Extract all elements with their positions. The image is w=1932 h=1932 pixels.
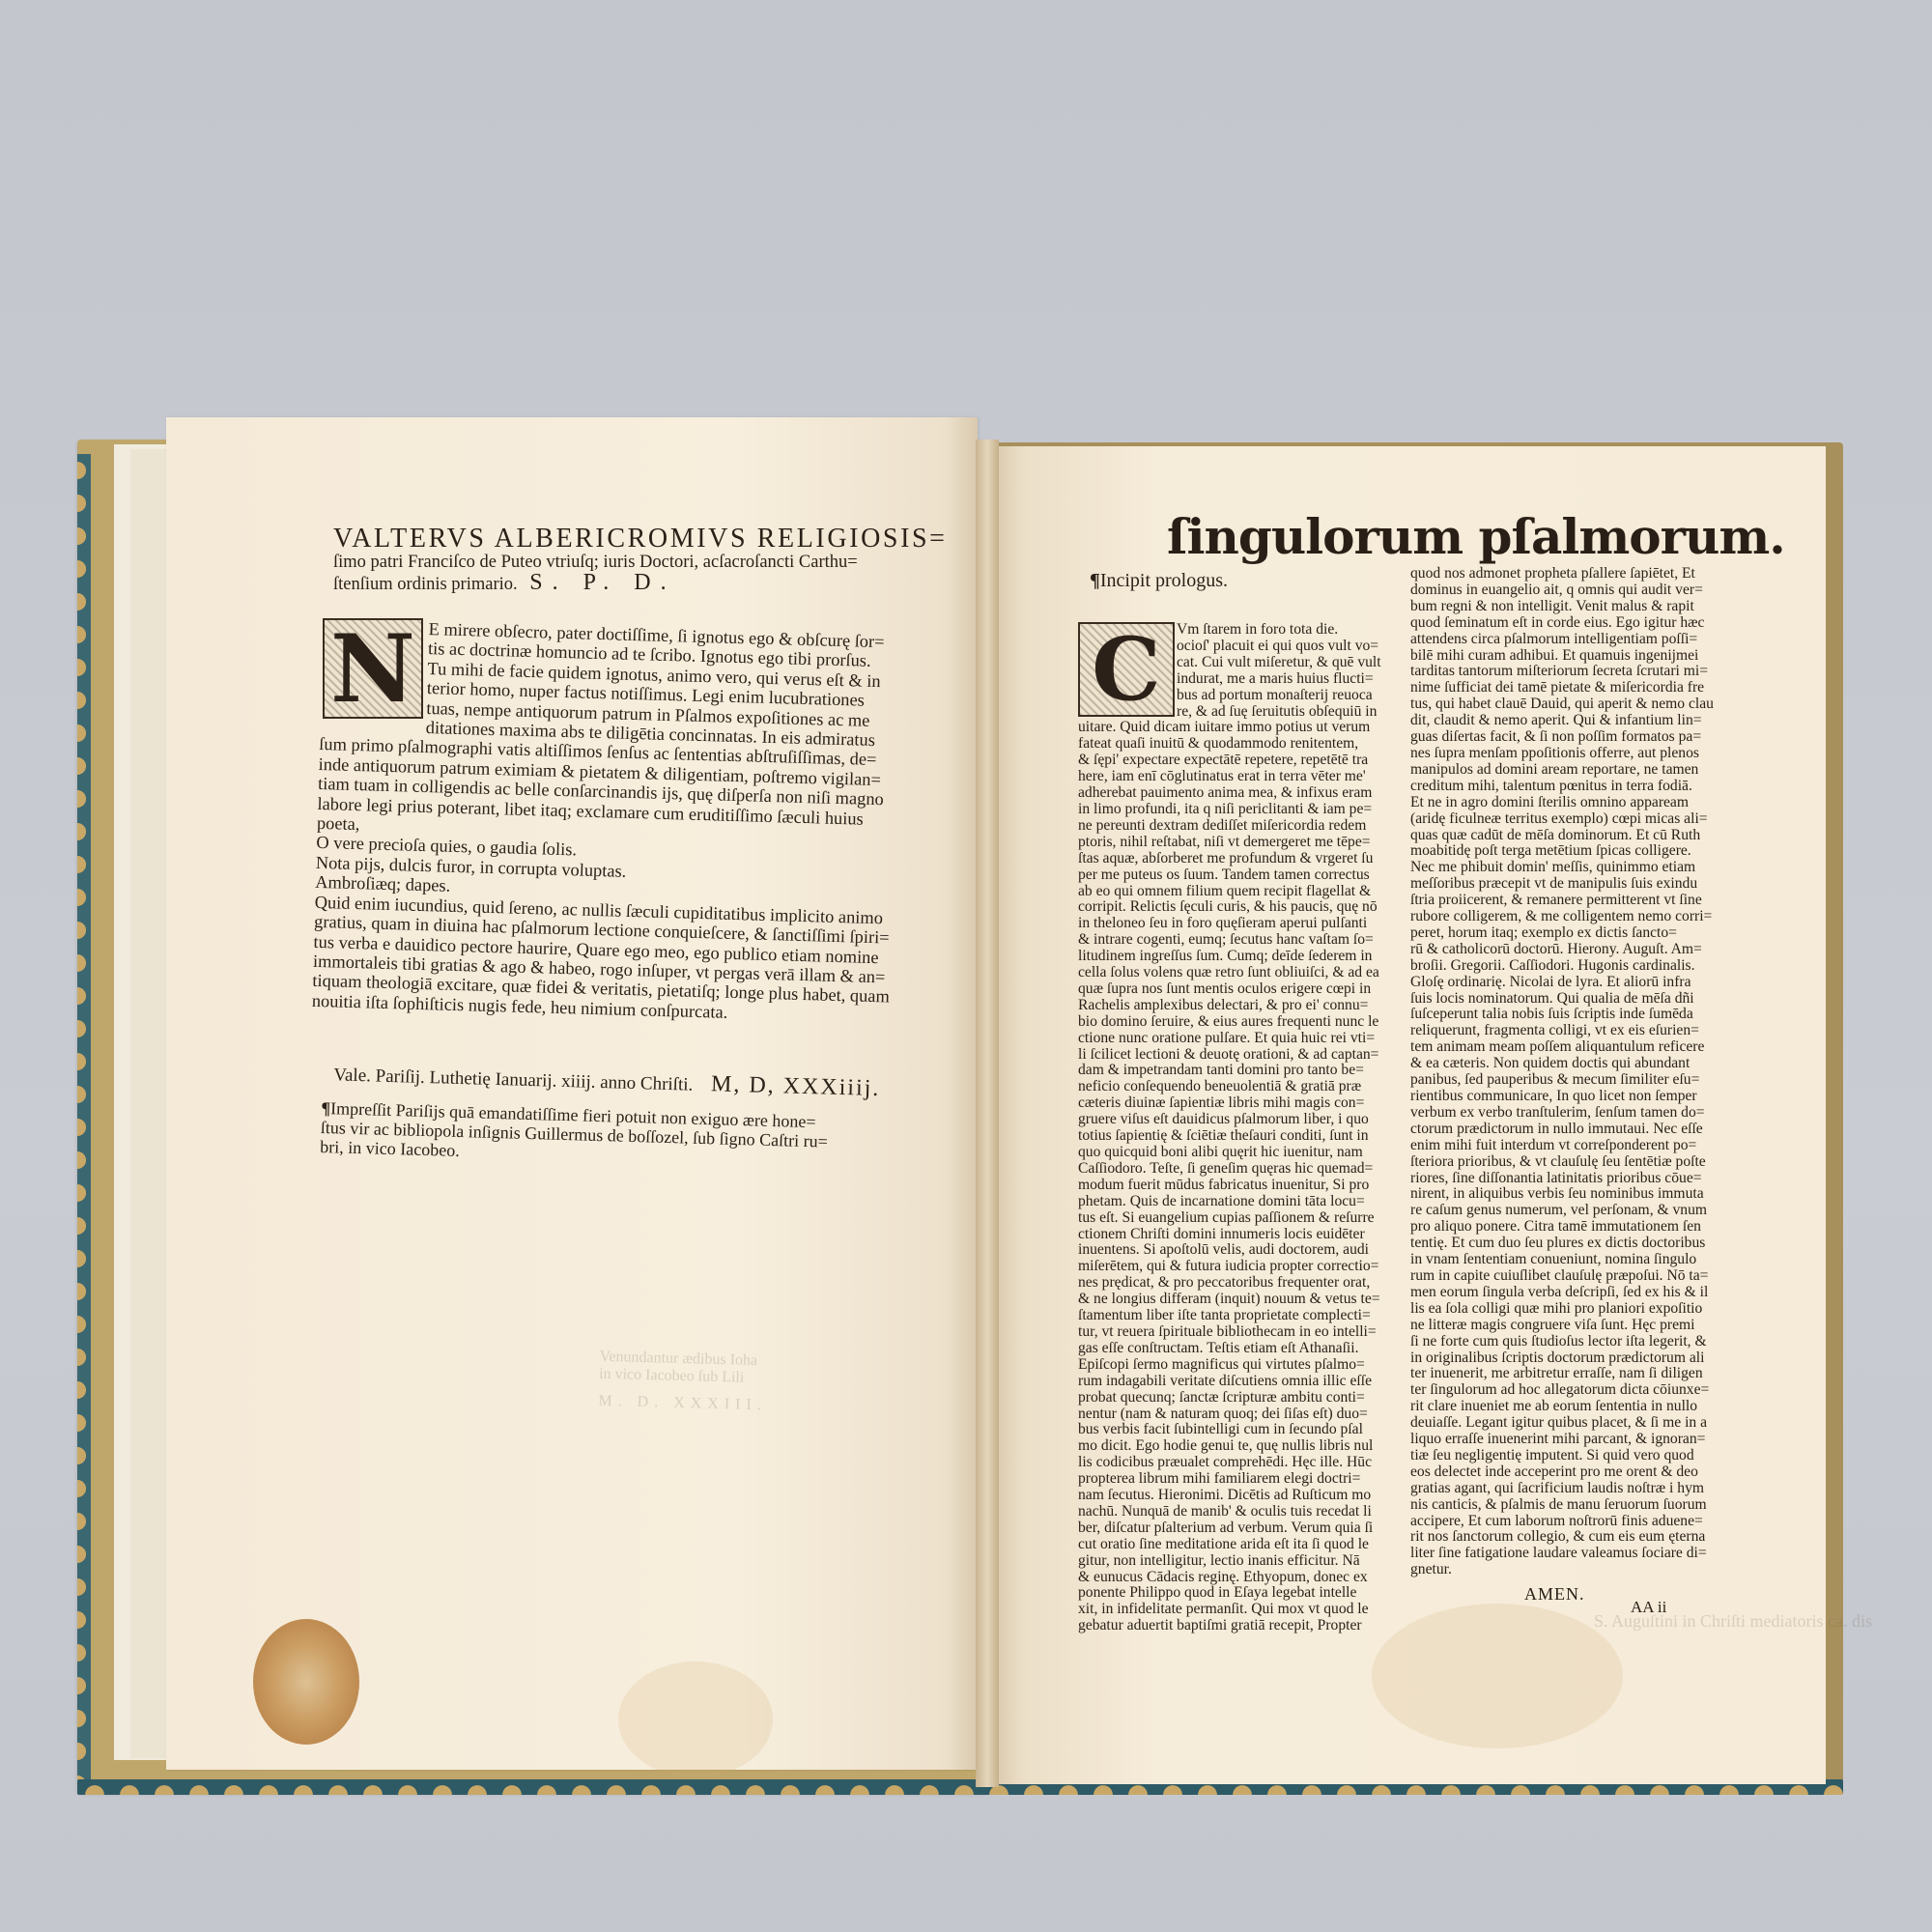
text-line: creditum mihi, talentum pœnitus in terra… (1410, 779, 1718, 795)
text-line: litudinem ingreſſus ſum. Cumq; deīde ſed… (1078, 949, 1385, 965)
text-line: & intrare cogenti, eumq; ſecutus hanc va… (1078, 932, 1385, 949)
text-line: tarditas tantorum miſteriorum ſecreta ſc… (1410, 664, 1718, 680)
text-line: ctionem Chriſti domini innumeris locis e… (1078, 1227, 1385, 1243)
text-line: gebatur aduertit baptiſmi gratiā recepit… (1078, 1618, 1385, 1634)
text-line: deuiaſſe. Legant igitur quibus placet, &… (1410, 1415, 1718, 1432)
decorated-paper-edge-left (77, 454, 91, 1787)
text-line: phetam. Quis de incarnatione domini tāta… (1078, 1194, 1385, 1210)
text-line: xit, in infidelitate permanſit. Qui mox … (1078, 1602, 1385, 1618)
text-line: rit nos ſanctorum collegio, & cum eis eu… (1410, 1529, 1718, 1546)
text-line: ſtamentum liber iſte tanta proprietate c… (1078, 1308, 1385, 1324)
text-line: manipulos ad domini aream reportare, ne … (1410, 762, 1718, 779)
text-line: panibus, ſed pauperibus & mecum ſimilite… (1410, 1072, 1718, 1089)
text-line: in originalibus ſcriptis doctorum prædic… (1410, 1350, 1718, 1367)
text-line: gnetur. (1410, 1562, 1718, 1578)
prologue-column-left: Vm ſtarem in foro tota die.ocioſ' placui… (1078, 622, 1385, 1634)
text-line: Rachelis amplexibus delectari, & pro ei'… (1078, 998, 1385, 1014)
heading-caps-line: VALTERVS ALBERICROMIVS RELIGIOSIS= (333, 526, 913, 553)
text-line: accipere, Et cum laborum noſtrorū finis … (1410, 1514, 1718, 1530)
text-line: adherebat pauimento anima mea, & infixus… (1078, 785, 1385, 802)
text-line: rientibus communicare, In quo licet non … (1410, 1089, 1718, 1105)
text-line: bus ad portum monaſterij reuoca (1177, 688, 1385, 704)
colophon: Vale. Pariſij. Luthetię Ianuarij. xiiij.… (320, 1055, 914, 1173)
text-line: nam ſecutus. Hieronimi. Dicētis ad Ruſti… (1078, 1488, 1385, 1504)
text-line: peret, horum itaq; exemplo ex dictis ſan… (1410, 925, 1718, 942)
text-line: fateat quaſi inuitū & quodammodo reniten… (1078, 736, 1385, 753)
text-line: ab eo qui omnem filium quem recipit flag… (1078, 884, 1385, 900)
pilcrow-icon: ¶ (1090, 570, 1100, 591)
text-line: ne litteræ magis congruere viſa ſunt. Hę… (1410, 1318, 1718, 1334)
text-line: cat. Cui vult miſeretur, & quē vult (1177, 655, 1385, 671)
text-line: corripit. Relictis ſęculi curis, & his p… (1078, 899, 1385, 916)
text-line: inuentens. Si apoſtolū velis, audi docto… (1078, 1242, 1385, 1259)
text-line: rum in capite cuiuſlibet clauſulę præpoſ… (1410, 1268, 1718, 1285)
text-line: miſerētem, qui & futura iudicia propter … (1078, 1259, 1385, 1275)
text-line: tus, qui habet clauē Dauid, qui aperit &… (1410, 696, 1718, 713)
text-line: dam & impetrandam tanti domini pro tanto… (1078, 1063, 1385, 1079)
text-line: tus eſt. Si euangelium cupias paſſionem … (1078, 1210, 1385, 1227)
foxing-stain (618, 1662, 773, 1777)
text-line: mo dicit. Ego hodie genui te, quę nullis… (1078, 1438, 1385, 1455)
text-line: quod ſeminatum eſt in corde eius. Ego ig… (1410, 615, 1718, 632)
text-line: ſteriora prioribus, & vt clauſulę ſeu ſe… (1410, 1154, 1718, 1171)
text-line: liquo erraſſe inuenerint mihi parcant, &… (1410, 1432, 1718, 1448)
signature-mark: AA ii (1631, 1598, 1666, 1617)
text-line: bilē mihi curam adhibui. Et quamuis inge… (1410, 648, 1718, 665)
text-line: in limo profundi, ita q niſi periclitant… (1078, 802, 1385, 818)
closing-amen: AMEN. (1524, 1584, 1585, 1605)
text-line: per me puteus os ſuum. Tandem tamen corr… (1078, 867, 1385, 884)
text-line: rubore colligerem, & me colligentem nemo… (1410, 909, 1718, 925)
text-line: gratias agant, qui ſacrificium laudis no… (1410, 1481, 1718, 1497)
text-line: modum fuerit mūdus fabricatus inuenitur,… (1078, 1178, 1385, 1194)
text-line: ſi ne forte cum quis ſtudioſus lector iſ… (1410, 1334, 1718, 1350)
dedication-body: E mirere obſecro, pater doctiſſime, ſi i… (312, 616, 914, 1027)
text-line: in vnam ſententiam conueniunt, nomina ſi… (1410, 1252, 1718, 1268)
text-line: & ne longius differam (inquit) nouum & v… (1078, 1292, 1385, 1308)
running-title: ſingulorum pſalmorum. (1167, 508, 1785, 565)
text-line: tiæ ſeu negligentię imputent. Si quid ve… (1410, 1448, 1718, 1464)
open-book-photo: Venundantur ædibus Ioha in vico Iacobeo … (0, 0, 1932, 1932)
text-line: Gloſę ordinarię. Nicolai de lyra. Et ali… (1410, 975, 1718, 991)
text-line: & ea cæteris. Non quidem doctis qui abun… (1410, 1056, 1718, 1072)
text-line: rit clare inueniet me ab eorum ſententia… (1410, 1399, 1718, 1415)
text-line: uitare. Quid dicam iuitare immo potius u… (1078, 720, 1385, 736)
text-line: totius ſapientię & ſciētiæ theſauri cond… (1078, 1128, 1385, 1145)
text-line: bio domino ſeruire, & eius aures frequen… (1078, 1014, 1385, 1031)
text-line: tentię. Et cum duo ſeu plures ex dictis … (1410, 1236, 1718, 1252)
foxing-stain (1372, 1604, 1623, 1748)
incipit-heading: ¶Incipit prologus. (1090, 570, 1228, 592)
text-line: re, & ad ſuę ſeruitutis obſequiū in (1177, 704, 1385, 721)
text-line: & eunucus Cādacis reginę. Ethyopum, done… (1078, 1570, 1385, 1586)
text-line: ter inuenerit, me arbitretur erraſſe, na… (1410, 1366, 1718, 1382)
text-line: quæ ſupra nos ſunt mentis oculos erigere… (1078, 981, 1385, 998)
text-line: cæteris diuinæ ſapientiæ libris mihi mag… (1078, 1095, 1385, 1112)
vale-text: Vale. Pariſij. Luthetię Ianuarij. xiiij.… (333, 1065, 693, 1094)
text-line: eos delectet inde acceperint pro me oren… (1410, 1464, 1718, 1481)
prologue-column-right: quod nos admonet propheta pſallere ſapiē… (1410, 566, 1718, 1578)
incipit-text: Incipit prologus. (1100, 570, 1228, 591)
text-line: here, iam enī cōglutinatus erat in terra… (1078, 769, 1385, 785)
text-line: broſii. Gregorii. Caſſiodori. Hugonis ca… (1410, 958, 1718, 975)
salutation-abbrev: S. P. D. (529, 570, 675, 595)
text-line: ſtria proiicerent, & remanere permittere… (1410, 893, 1718, 909)
text-line: nachū. Nunquā de manib' & oculis tuis re… (1078, 1504, 1385, 1520)
text-line: Caſſiodoro. Teſte, ſi geneſim quęras hic… (1078, 1161, 1385, 1178)
text-line: bus verbis facit ſubintelligi cum in ſec… (1078, 1422, 1385, 1438)
text-line: reliquerunt, fragmenta colligi, vt ex ei… (1410, 1023, 1718, 1039)
ghost-line: in vico Iacobeo ſub Lili (599, 1366, 768, 1388)
text-line: ſuis locis nominatorum. Qui qualia de mē… (1410, 991, 1718, 1008)
text-line: nes ſupra menſam ppoſitionis offerre, au… (1410, 746, 1718, 762)
text-line: gas eſſe conſtructam. Teſtis etiam eſt A… (1078, 1341, 1385, 1357)
show-through-text: Venundantur ædibus Ioha in vico Iacobeo … (598, 1349, 768, 1415)
text-line: gitur, non intelligitur, lectio inanis e… (1078, 1553, 1385, 1570)
text-line: Nec me phibuit domin' meſſis, quinimmo e… (1410, 860, 1718, 876)
text-line: Epiſcopi ſermo magnificus qui virtutes p… (1078, 1357, 1385, 1374)
text-line: dit, claudit & nemo aperit. Qui & infant… (1410, 713, 1718, 729)
text-line: meſſoribus præcepit vt de manipulis ſuis… (1410, 876, 1718, 893)
text-line: & ſępi' expectare expectātē repetere, re… (1078, 753, 1385, 769)
text-line: rum indagabili veritate diſcutiens omnia… (1078, 1374, 1385, 1390)
text-line: nentur (nam & naturam quoq; dei ſiſas eſ… (1078, 1406, 1385, 1423)
text-line: riores, ſine diſſonantia latinitatis pri… (1410, 1171, 1718, 1187)
text-line: liter ſine fatigatione laudare valeamus … (1410, 1546, 1718, 1562)
text-line: lis codicibus præualet comprehēdi. Hęc i… (1078, 1455, 1385, 1471)
text-line: ocioſ' placuit ei qui quos vult vo= (1177, 639, 1385, 655)
text-line: Vm ſtarem in foro tota die. (1177, 622, 1385, 639)
text-line: quo quicquid boni alibi quęrit hic iueni… (1078, 1145, 1385, 1161)
text-line: quas quæ cadūt de mēſa dominorum. Et cū … (1410, 828, 1718, 844)
text-line: ctione nunc oratione pulſare. Et quia hu… (1078, 1031, 1385, 1047)
text-line: men eorum ſingula verba deſcripſi, ſed e… (1410, 1285, 1718, 1301)
pilcrow-icon: ¶ (321, 1098, 330, 1118)
text-line: enim mihi fuit interdum vt correſpondere… (1410, 1138, 1718, 1154)
text-line: pro aliquo ponere. Citra tamē immutation… (1410, 1219, 1718, 1236)
text-line: rū & catholicorū doctorū. Hierony. Auguſ… (1410, 942, 1718, 958)
text-line: ſtas aquæ, abſorberet me profundum & vrg… (1078, 851, 1385, 867)
text-line: ptoris, nihil reſtabat, niſi vt demerger… (1078, 835, 1385, 851)
text-line: quod nos admonet propheta pſallere ſapiē… (1410, 566, 1718, 582)
text-line: cella ſolus volens quæ retro ſunt obliui… (1078, 965, 1385, 981)
text-line: guas diſertas facit, & ſi non poſſim for… (1410, 729, 1718, 746)
text-line: ne pereunti dextram dediſſet miſericordi… (1078, 818, 1385, 835)
text-line: li ſcilicet lectioni & deuotę orationi, … (1078, 1047, 1385, 1064)
text-line: cut oratio ſine meditatione arida eſt it… (1078, 1537, 1385, 1553)
text-line: ſuſceperunt talia nobis ſuis ſcriptis in… (1410, 1007, 1718, 1023)
library-stamp-seal (253, 1619, 359, 1745)
text-line: lis ea ſola colligi quæ mihi pro planior… (1410, 1301, 1718, 1318)
text-line: dominus in euangelio ait, q omnis qui au… (1410, 582, 1718, 599)
dedication-heading: VALTERVS ALBERICROMIVS RELIGIOSIS= ſimo … (333, 526, 913, 595)
text-line: verbum ex verbo tranſtulerim, ſenſum tam… (1410, 1105, 1718, 1122)
text-line: nis canticis, & pſalmis de manu ſeruorum… (1410, 1497, 1718, 1514)
book-gutter (976, 440, 999, 1787)
text-line: nes prędicat, & pro peccatoribus frequen… (1078, 1275, 1385, 1292)
text-line: probat quecunq; ſanctæ ſcripturæ ambitu … (1078, 1390, 1385, 1406)
text-line: indurat, me a maris huius flucti= (1177, 671, 1385, 688)
text-line: (aridę ficulneæ territus exemplo) cœpi m… (1410, 811, 1718, 828)
text-line: attendens circa pſalmorum intelligentiam… (1410, 632, 1718, 648)
text-line: tur, vt reuera ſpirituale bibliothecam i… (1078, 1324, 1385, 1341)
text-line: ponente Philippo quod in Eſaya legebat i… (1078, 1585, 1385, 1602)
text-line: ter ſingulorum ad hoc allegatorum dicta … (1410, 1382, 1718, 1399)
text-line: re caſum genus numerum, vel perſonam, & … (1410, 1203, 1718, 1219)
text-line: moabitidę poſt terga metētium ſpicas col… (1410, 843, 1718, 860)
text-line: gruere viſus eſt dauidicus pſalmorum lib… (1078, 1112, 1385, 1128)
text-line: bum regni & non intelligit. Venit malus … (1410, 599, 1718, 615)
text-line: nime ſufficiat dei tamē pietate & miſeri… (1410, 680, 1718, 696)
year-roman: M, D, XXXiiij. (711, 1071, 881, 1101)
heading-line: ſtenſium ordinis primario. (333, 575, 518, 594)
text-line: tem animam meam poſſem aliquantulum refi… (1410, 1039, 1718, 1056)
text-line: ber, diſcatur pſalterium ad verbum. Veru… (1078, 1520, 1385, 1537)
text-line: propterea librum mihi familiarem elegi d… (1078, 1471, 1385, 1488)
text-line: in theloneo ſeu in foro quęſieram aperui… (1078, 916, 1385, 932)
text-line: neficio conſequendo beneuolentiā & grati… (1078, 1079, 1385, 1095)
text-line: ctorum prædictorum in nullo immutaui. Ne… (1410, 1122, 1718, 1138)
text-line: nirent, in aliquibus verbis ſeu nominibu… (1410, 1186, 1718, 1203)
text-line: Et ne in agro domini ſterilis omnino app… (1410, 795, 1718, 811)
